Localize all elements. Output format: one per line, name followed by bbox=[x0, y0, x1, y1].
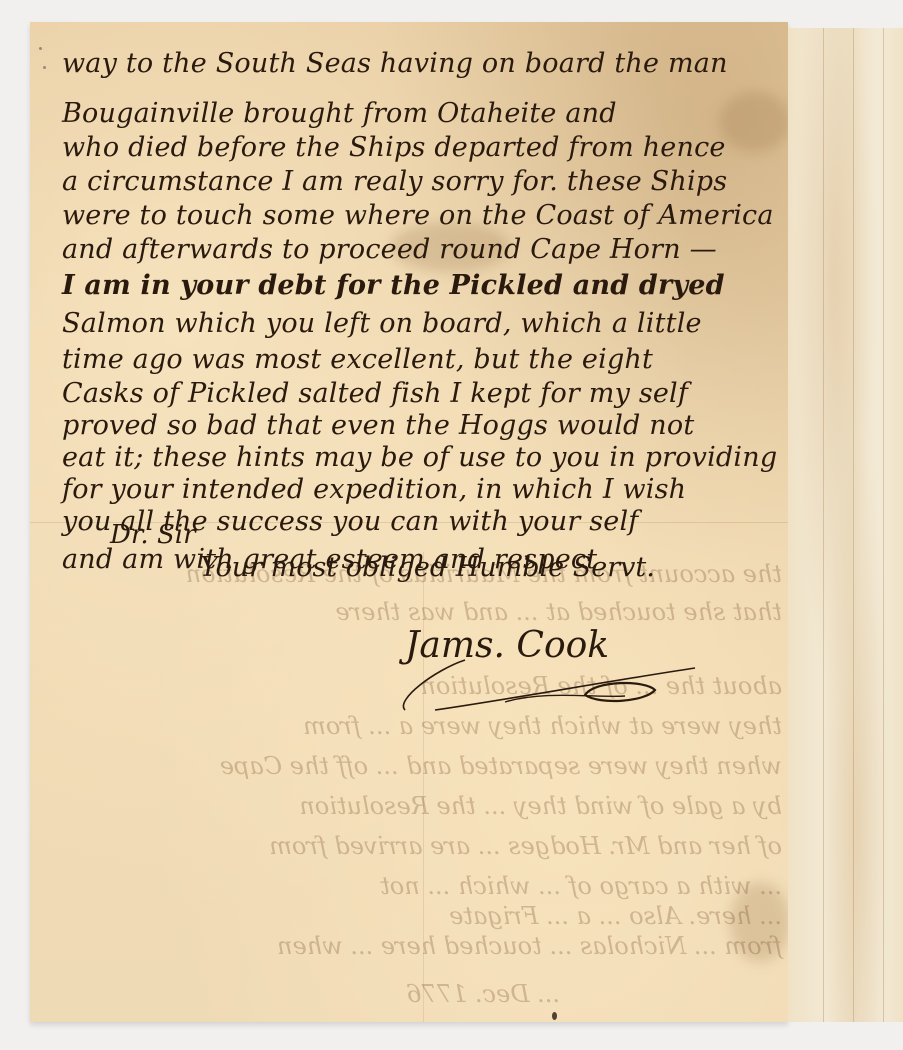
letter-line: eat it; these hints may be of use to you… bbox=[62, 442, 777, 473]
water-stain bbox=[720, 92, 790, 152]
bleed-line: when they were separated and ... off the… bbox=[62, 752, 782, 780]
guard-crease bbox=[823, 28, 824, 1022]
letter-line: Casks of Pickled salted fish I kept for … bbox=[62, 378, 688, 409]
ink-blot bbox=[552, 1012, 557, 1020]
letter-line: were to touch some where on the Coast of… bbox=[62, 200, 774, 231]
letter-line: I am in your debt for the Pickled and dr… bbox=[62, 270, 725, 301]
letter-line: proved so bad that even the Hoggs would … bbox=[62, 410, 694, 441]
bleed-line: ... here. Also ... a ... Frigate bbox=[62, 902, 782, 930]
bleed-line: that she touched at ... and was there bbox=[62, 598, 782, 626]
closing-line: Your most obliged Humble Servt. bbox=[200, 552, 655, 583]
letter-line: way to the South Seas having on board th… bbox=[62, 48, 728, 79]
bleed-line: from ... Nicholas ... touched here ... w… bbox=[62, 932, 782, 960]
letter-line: for your intended expedition, in which I… bbox=[62, 474, 686, 505]
letter-line: and afterwards to proceed round Cape Hor… bbox=[62, 234, 717, 265]
bleed-line: by a gale of wind they ... the Resolutio… bbox=[62, 792, 782, 820]
pin-hole bbox=[39, 47, 42, 50]
bleed-docket: ... Dec. 1776 bbox=[260, 980, 560, 1008]
letter-line: a circumstance I am realy sorry for. the… bbox=[62, 166, 727, 197]
bleed-line: of her and Mr. Hodges ... are arrived fr… bbox=[62, 832, 782, 860]
letter-line: time ago was most excellent, but the eig… bbox=[62, 344, 653, 375]
bleed-line: ... with a cargo of ... which ... not bbox=[62, 872, 782, 900]
pin-hole bbox=[43, 66, 46, 69]
salutation: Dr. Sir bbox=[110, 520, 196, 550]
guard-crease bbox=[883, 28, 884, 1022]
letter-line: Salmon which you left on board, which a … bbox=[62, 308, 702, 339]
signature-flourish-icon bbox=[395, 650, 725, 720]
guard-crease bbox=[853, 28, 854, 1022]
letter-line: who died before the Ships departed from … bbox=[62, 132, 726, 163]
binding-guard-strip bbox=[788, 28, 903, 1022]
letter-line: Bougainville brought from Otaheite and bbox=[62, 98, 617, 129]
